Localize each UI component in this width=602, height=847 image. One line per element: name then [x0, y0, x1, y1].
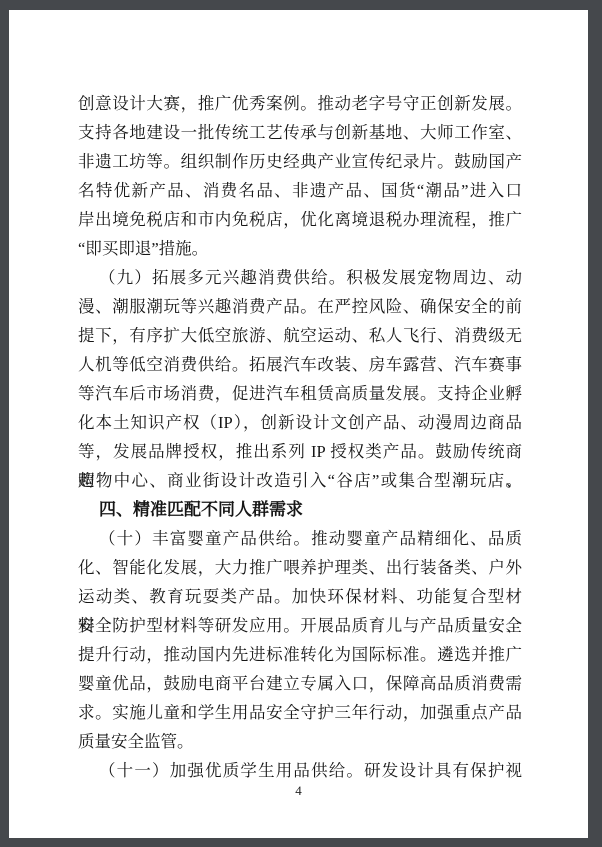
text-line: 求。实施儿童和学生用品安全守护三年行动，加强重点产品: [78, 698, 522, 727]
section-heading: 四、精准匹配不同人群需求: [78, 495, 522, 524]
text-line: （十）丰富婴童产品供给。推动婴童产品精细化、品质: [78, 524, 522, 553]
text-line: （九）拓展多元兴趣消费供给。积极发展宠物周边、动: [78, 263, 522, 292]
page-number: 4: [9, 783, 588, 799]
text-line: 等，发展品牌授权，推出系列 IP 授权类产品。鼓励传统商超、: [78, 437, 522, 466]
text-line: （十一）加强优质学生用品供给。研发设计具有保护视: [78, 756, 522, 785]
text-line: 化、智能化发展，大力推广喂养护理类、出行装备类、户外: [78, 553, 522, 582]
text-line: 非遗工坊等。组织制作历史经典产业宣传纪录片。鼓励国产: [78, 147, 522, 176]
text-line: 提升行动，推动国内先进标准转化为国际标准。遴选并推广: [78, 640, 522, 669]
text-line: 运动类、教育玩耍类产品。加快环保材料、功能复合型材料、: [78, 582, 522, 611]
text-line: 岸出境免税店和市内免税店，优化离境退税办理流程，推广: [78, 205, 522, 234]
text-line: 支持各地建设一批传统工艺传承与创新基地、大师工作室、: [78, 118, 522, 147]
text-line: 创意设计大赛，推广优秀案例。推动老字号守正创新发展。: [78, 89, 522, 118]
text-line: 质量安全监管。: [78, 727, 522, 756]
text-line: 等汽车后市场消费，促进汽车租赁高质量发展。支持企业孵: [78, 379, 522, 408]
text-line: “即买即退”措施。: [78, 234, 522, 263]
text-line: 漫、潮服潮玩等兴趣消费产品。在严控风险、确保安全的前: [78, 292, 522, 321]
document-page: 创意设计大赛，推广优秀案例。推动老字号守正创新发展。支持各地建设一批传统工艺传承…: [9, 10, 588, 838]
text-line: 名特优新产品、消费名品、非遗产品、国货“潮品”进入口: [78, 176, 522, 205]
text-line: 购物中心、商业街设计改造引入“谷店”或集合型潮玩店。: [78, 466, 522, 495]
text-line: 人机等低空消费供给。拓展汽车改装、房车露营、汽车赛事: [78, 350, 522, 379]
text-line: 化本土知识产权（IP），创新设计文创产品、动漫周边商品: [78, 408, 522, 437]
pdf-viewer-background: 创意设计大赛，推广优秀案例。推动老字号守正创新发展。支持各地建设一批传统工艺传承…: [0, 0, 602, 847]
document-body: 创意设计大赛，推广优秀案例。推动老字号守正创新发展。支持各地建设一批传统工艺传承…: [78, 89, 522, 785]
text-line: 安全防护型材料等研发应用。开展品质育儿与产品质量安全: [78, 611, 522, 640]
text-line: 提下，有序扩大低空旅游、航空运动、私人飞行、消费级无: [78, 321, 522, 350]
text-line: 婴童优品，鼓励电商平台建立专属入口，保障高品质消费需: [78, 669, 522, 698]
